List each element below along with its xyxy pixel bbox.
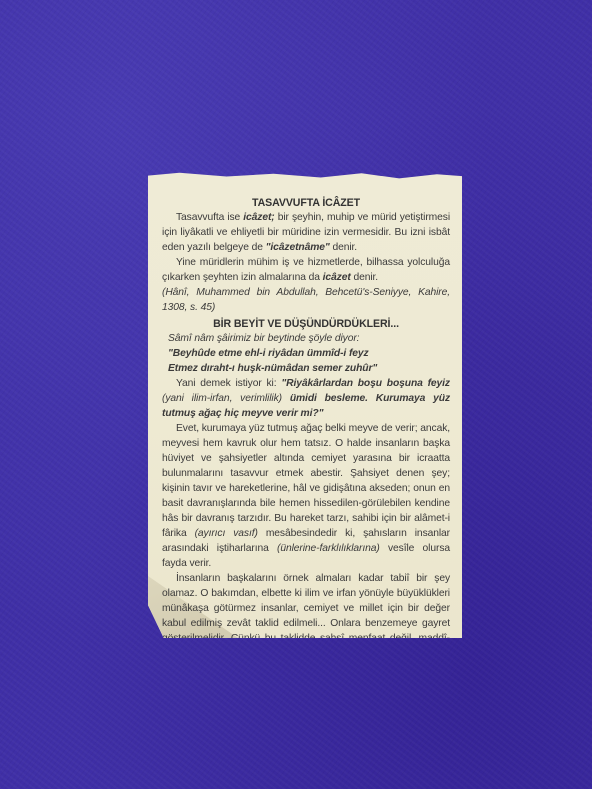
citation: (Hânî, Muhammed bin Abdullah, Behcetü's-… <box>162 285 450 315</box>
newspaper-clipping: TASAVVUFTA İCÂZET Tasavvufta ise icâzet;… <box>148 170 462 638</box>
paragraph-imitation: İnsanların başkalarını örnek almaları ka… <box>162 571 450 736</box>
paragraph-personality: Evet, kurumaya yüz tutmuş ağaç belki mey… <box>162 421 450 571</box>
paragraph-verse-meaning: Yani demek istiyor ki: "Riyâkârlardan bo… <box>162 376 450 421</box>
section-title-beyit: BİR BEYİT VE DÜŞÜNDÜRDÜKLERİ... <box>162 317 450 331</box>
verse-line-2: Etmez dıraht-ı huşk-nümâdan semer zuhûr" <box>162 361 450 376</box>
article-text: TASAVVUFTA İCÂZET Tasavvufta ise icâzet;… <box>162 196 450 736</box>
section-title-icazet: TASAVVUFTA İCÂZET <box>162 196 450 210</box>
paragraph-icazet-definition: Tasavvufta ise icâzet; bir şeyhin, muhip… <box>162 210 450 255</box>
verse-line-1: "Beyhûde etme ehl-i riyâdan ümmîd-i feyz <box>162 346 450 361</box>
verse-intro: Sâmî nâm şâirimiz bir beytinde şöyle diy… <box>162 331 450 346</box>
paragraph-icazet-travel: Yine müridlerin mühim iş ve hizmetlerde,… <box>162 255 450 285</box>
